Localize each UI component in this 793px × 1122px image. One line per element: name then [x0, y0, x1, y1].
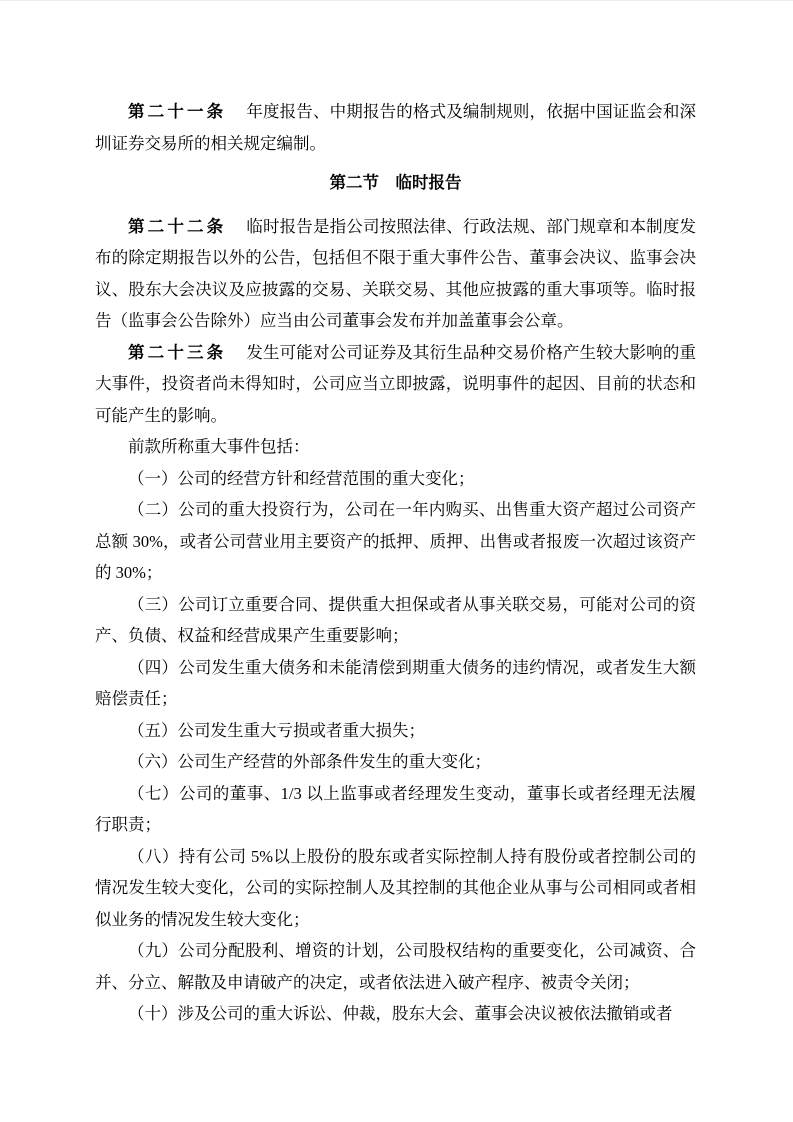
list-item: （七）公司的董事、1/3 以上监事或者经理发生变动，董事长或者经理无法履行职责；: [95, 778, 696, 841]
section-heading: 第二节 临时报告: [95, 167, 696, 199]
list-item: （十）涉及公司的重大诉讼、仲裁，股东大会、董事会决议被依法撤销或者: [95, 998, 696, 1030]
list-item: （四）公司发生重大债务和未能清偿到期重大债务的违约情况，或者发生大额赔偿责任；: [95, 652, 696, 715]
article-number: 第二十一条: [128, 102, 226, 121]
list-item: （八）持有公司 5%以上股份的股东或者实际控制人持有股份或者控制公司的情况发生较…: [95, 841, 696, 936]
list-item: （三）公司订立重要合同、提供重大担保或者从事关联交易，可能对公司的资产、负债、权…: [95, 589, 696, 652]
list-item: （五）公司发生重大亏损或者重大损失；: [95, 715, 696, 747]
article-number: 第二十二条: [128, 217, 226, 236]
article-paragraph: 第二十二条临时报告是指公司按照法律、行政法规、部门规章和本制度发布的除定期报告以…: [95, 211, 696, 337]
list-item: （一）公司的经营方针和经营范围的重大变化；: [95, 463, 696, 495]
body-paragraph: 前款所称重大事件包括：: [95, 431, 696, 463]
list-item: （二）公司的重大投资行为，公司在一年内购买、出售重大资产超过公司资产总额 30%…: [95, 494, 696, 589]
list-item: （六）公司生产经营的外部条件发生的重大变化；: [95, 746, 696, 778]
document-body: 第二十一条年度报告、中期报告的格式及编制规则，依据中国证监会和深圳证券交易所的相…: [95, 96, 696, 1030]
article-paragraph: 第二十一条年度报告、中期报告的格式及编制规则，依据中国证监会和深圳证券交易所的相…: [95, 96, 696, 159]
document-page: 第二十一条年度报告、中期报告的格式及编制规则，依据中国证监会和深圳证券交易所的相…: [0, 0, 793, 1122]
article-number: 第二十三条: [128, 343, 226, 362]
article-paragraph: 第二十三条发生可能对公司证券及其衍生品种交易价格产生较大影响的重大事件，投资者尚…: [95, 337, 696, 432]
list-item: （九）公司分配股利、增资的计划，公司股权结构的重要变化，公司减资、合并、分立、解…: [95, 935, 696, 998]
